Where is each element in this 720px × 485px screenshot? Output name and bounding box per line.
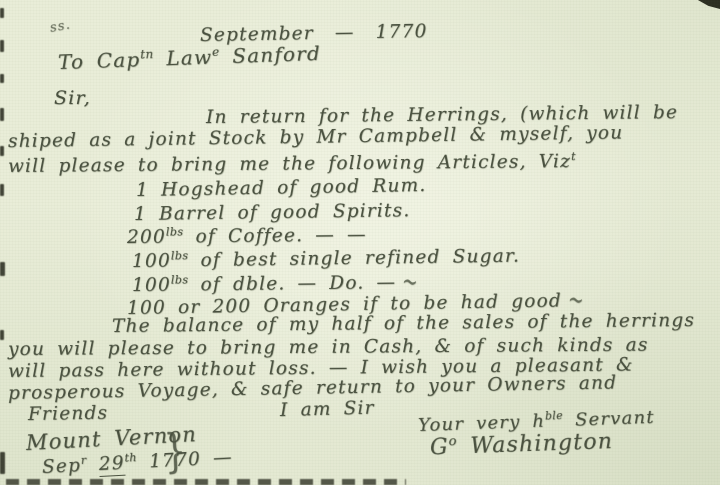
edge-mark: [0, 146, 4, 156]
signature: Go Washington: [430, 429, 614, 461]
corner-mark: [694, 0, 720, 9]
item-pre: 200: [127, 227, 166, 248]
edge-mark: [0, 184, 4, 196]
item-pre: 100: [132, 251, 171, 273]
recipient-post: Sanford: [219, 41, 321, 69]
edge-mark: [0, 40, 4, 52]
item-pre: 1 Hogshead of good Rum.: [136, 175, 427, 201]
recipient-pre: To Cap: [58, 47, 141, 74]
item-pre: 100: [132, 275, 171, 296]
item-post: of Coffee. — —: [183, 225, 366, 248]
recipient-sup-1: tn: [140, 47, 154, 61]
item-post: of best single refined Sugar.: [188, 246, 520, 272]
recipient-line: To Captn Lawe Sanford: [58, 41, 322, 74]
signature-post: Washington: [457, 429, 614, 459]
item-sup: lbs: [171, 249, 189, 262]
torn-edge: [6, 479, 406, 485]
recipient-mid: Law: [153, 45, 212, 71]
order-item: 1 Barrel of good Spirits.: [134, 199, 411, 225]
body-line: will please to bring me the following Ar…: [8, 150, 576, 177]
edge-mark: [0, 452, 5, 474]
item-sup: lbs: [166, 225, 184, 238]
edge-mark: [0, 108, 4, 121]
edge-mark: [0, 74, 4, 83]
footer-date-spacer: [86, 454, 99, 476]
closing-brace: }: [163, 423, 189, 478]
body-line-text: will please to bring me the following Ar…: [8, 151, 571, 177]
edge-mark: [0, 262, 5, 276]
closing-post: Servant: [563, 407, 655, 431]
footer-date-pre: Sep: [41, 455, 81, 478]
edge-mark: [0, 8, 4, 18]
signature-pre: G: [430, 435, 450, 461]
footer-date-day: 29: [98, 453, 125, 477]
body-line-sup: t: [571, 150, 576, 163]
valediction-inline: I am Sir: [280, 398, 375, 421]
archival-mark: ss.: [49, 17, 72, 35]
body-line: shiped as a joint Stock by Mr Campbell &…: [8, 122, 624, 152]
salutation: Sir,: [54, 87, 91, 109]
letter-scan: ss. September — 1770 To Captn Lawe Sanfo…: [0, 0, 720, 485]
order-item: 100lbs of best single refined Sugar.: [132, 245, 520, 273]
order-item: 200lbs of Coffee. — —: [127, 223, 367, 248]
edge-mark: [0, 330, 4, 340]
item-sup: lbs: [171, 273, 189, 286]
order-item: 1 Hogshead of good Rum.: [136, 174, 427, 201]
item-pre: 1 Barrel of good Spirits.: [134, 200, 411, 225]
closing-sup: ble: [545, 409, 563, 423]
body-line: Friends: [28, 403, 109, 425]
footer-date-sup-2: th: [124, 451, 137, 465]
